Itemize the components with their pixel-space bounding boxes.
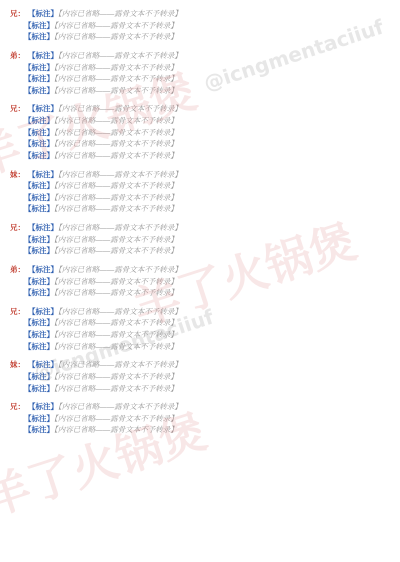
stage-direction-tag: 【标注】 xyxy=(24,151,54,160)
dialogue-text: 【标注】【内容已省略——露骨文本不予转录】 xyxy=(24,31,390,43)
redacted-text: 【内容已省略——露骨文本不予转录】 xyxy=(54,74,178,83)
redacted-text: 【内容已省略——露骨文本不予转录】 xyxy=(54,181,178,190)
dialogue-line: 【标注】【内容已省略——露骨文本不予转录】 xyxy=(10,317,390,329)
stage-direction-tag: 【标注】 xyxy=(24,288,54,297)
speaker-label: 弟： xyxy=(10,50,25,62)
stage-direction-tag: 【标注】 xyxy=(24,21,54,30)
stage-direction-tag: 【标注】 xyxy=(24,277,54,286)
dialogue-text: 【标注】【内容已省略——露骨文本不予转录】 xyxy=(24,115,390,127)
redacted-text: 【内容已省略——露骨文本不予转录】 xyxy=(54,414,178,423)
dialogue-text: 【标注】【内容已省略——露骨文本不予转录】 xyxy=(28,50,390,62)
speaker-label: 妹： xyxy=(10,359,25,371)
dialogue-block: 弟：【标注】【内容已省略——露骨文本不予转录】【标注】【内容已省略——露骨文本不… xyxy=(10,50,390,97)
dialogue-text: 【标注】【内容已省略——露骨文本不予转录】 xyxy=(24,276,390,288)
dialogue-block: 妹：【标注】【内容已省略——露骨文本不予转录】【标注】【内容已省略——露骨文本不… xyxy=(10,169,390,216)
redacted-text: 【内容已省略——露骨文本不予转录】 xyxy=(54,193,178,202)
dialogue-line: 【标注】【内容已省略——露骨文本不予转录】 xyxy=(10,180,390,192)
dialogue-block: 弟：【标注】【内容已省略——露骨文本不予转录】【标注】【内容已省略——露骨文本不… xyxy=(10,264,390,299)
stage-direction-tag: 【标注】 xyxy=(24,372,54,381)
dialogue-text: 【标注】【内容已省略——露骨文本不予转录】 xyxy=(24,62,390,74)
redacted-text: 【内容已省略——露骨文本不予转录】 xyxy=(54,342,178,351)
dialogue-line: 【标注】【内容已省略——露骨文本不予转录】 xyxy=(10,192,390,204)
dialogue-block: 兄：【标注】【内容已省略——露骨文本不予转录】【标注】【内容已省略——露骨文本不… xyxy=(10,306,390,353)
dialogue-line: 【标注】【内容已省略——露骨文本不予转录】 xyxy=(10,341,390,353)
redacted-text: 【内容已省略——露骨文本不予转录】 xyxy=(58,51,182,60)
dialogue-text: 【标注】【内容已省略——露骨文本不予转录】 xyxy=(24,341,390,353)
redacted-text: 【内容已省略——露骨文本不予转录】 xyxy=(54,277,178,286)
dialogue-text: 【标注】【内容已省略——露骨文本不予转录】 xyxy=(28,103,390,115)
dialogue-line: 【标注】【内容已省略——露骨文本不予转录】 xyxy=(10,383,390,395)
stage-direction-tag: 【标注】 xyxy=(24,63,54,72)
dialogue-text: 【标注】【内容已省略——露骨文本不予转录】 xyxy=(28,306,390,318)
dialogue-text: 【标注】【内容已省略——露骨文本不予转录】 xyxy=(24,138,390,150)
dialogue-line: 【标注】【内容已省略——露骨文本不予转录】 xyxy=(10,371,390,383)
stage-direction-tag: 【标注】 xyxy=(24,74,54,83)
stage-direction-tag: 【标注】 xyxy=(24,193,54,202)
stage-direction-tag: 【标注】 xyxy=(24,330,54,339)
dialogue-line: 【标注】【内容已省略——露骨文本不予转录】 xyxy=(10,85,390,97)
stage-direction-tag: 【标注】 xyxy=(24,425,54,434)
dialogue-line: 【标注】【内容已省略——露骨文本不予转录】 xyxy=(10,424,390,436)
speaker-label: 兄： xyxy=(10,306,25,318)
dialogue-block: 妹：【标注】【内容已省略——露骨文本不予转录】【标注】【内容已省略——露骨文本不… xyxy=(10,359,390,394)
dialogue-text: 【标注】【内容已省略——露骨文本不予转录】 xyxy=(24,234,390,246)
dialogue-line: 【标注】【内容已省略——露骨文本不予转录】 xyxy=(10,31,390,43)
dialogue-line: 【标注】【内容已省略——露骨文本不予转录】 xyxy=(10,234,390,246)
redacted-text: 【内容已省略——露骨文本不予转录】 xyxy=(58,307,182,316)
stage-direction-tag: 【标注】 xyxy=(24,139,54,148)
dialogue-text: 【标注】【内容已省略——露骨文本不予转录】 xyxy=(24,20,390,32)
stage-direction-tag: 【标注】 xyxy=(28,9,58,18)
dialogue-block: 兄：【标注】【内容已省略——露骨文本不予转录】【标注】【内容已省略——露骨文本不… xyxy=(10,8,390,43)
dialogue-text: 【标注】【内容已省略——露骨文本不予转录】 xyxy=(24,371,390,383)
dialogue-line: 【标注】【内容已省略——露骨文本不予转录】 xyxy=(10,245,390,257)
dialogue-line: 妹：【标注】【内容已省略——露骨文本不予转录】 xyxy=(10,359,390,371)
redacted-text: 【内容已省略——露骨文本不予转录】 xyxy=(54,288,178,297)
dialogue-line: 【标注】【内容已省略——露骨文本不予转录】 xyxy=(10,276,390,288)
stage-direction-tag: 【标注】 xyxy=(28,307,58,316)
redacted-text: 【内容已省略——露骨文本不予转录】 xyxy=(58,9,182,18)
speaker-label: 兄： xyxy=(10,401,25,413)
dialogue-line: 妹：【标注】【内容已省略——露骨文本不予转录】 xyxy=(10,169,390,181)
dialogue-blocks: 兄：【标注】【内容已省略——露骨文本不予转录】【标注】【内容已省略——露骨文本不… xyxy=(10,8,390,436)
dialogue-text: 【标注】【内容已省略——露骨文本不予转录】 xyxy=(28,222,390,234)
speaker-label: 兄： xyxy=(10,103,25,115)
stage-direction-tag: 【标注】 xyxy=(28,51,58,60)
script-document: 羊了火锅煲 羊了火锅煲 羊了火锅煲 @icngmentaciiuf @icngm… xyxy=(0,0,400,562)
dialogue-line: 兄：【标注】【内容已省略——露骨文本不予转录】 xyxy=(10,306,390,318)
dialogue-text: 【标注】【内容已省略——露骨文本不予转录】 xyxy=(24,413,390,425)
dialogue-line: 弟：【标注】【内容已省略——露骨文本不予转录】 xyxy=(10,50,390,62)
dialogue-text: 【标注】【内容已省略——露骨文本不予转录】 xyxy=(24,180,390,192)
redacted-text: 【内容已省略——露骨文本不予转录】 xyxy=(54,32,178,41)
dialogue-block: 兄：【标注】【内容已省略——露骨文本不予转录】【标注】【内容已省略——露骨文本不… xyxy=(10,401,390,436)
stage-direction-tag: 【标注】 xyxy=(28,265,58,274)
redacted-text: 【内容已省略——露骨文本不予转录】 xyxy=(58,265,182,274)
redacted-text: 【内容已省略——露骨文本不予转录】 xyxy=(54,425,178,434)
dialogue-line: 【标注】【内容已省略——露骨文本不予转录】 xyxy=(10,329,390,341)
stage-direction-tag: 【标注】 xyxy=(24,318,54,327)
dialogue-text: 【标注】【内容已省略——露骨文本不予转录】 xyxy=(24,127,390,139)
dialogue-text: 【标注】【内容已省略——露骨文本不予转录】 xyxy=(24,317,390,329)
dialogue-text: 【标注】【内容已省略——露骨文本不予转录】 xyxy=(24,383,390,395)
stage-direction-tag: 【标注】 xyxy=(24,116,54,125)
dialogue-line: 【标注】【内容已省略——露骨文本不予转录】 xyxy=(10,138,390,150)
dialogue-line: 【标注】【内容已省略——露骨文本不予转录】 xyxy=(10,287,390,299)
dialogue-text: 【标注】【内容已省略——露骨文本不予转录】 xyxy=(24,192,390,204)
stage-direction-tag: 【标注】 xyxy=(28,402,58,411)
stage-direction-tag: 【标注】 xyxy=(24,32,54,41)
redacted-text: 【内容已省略——露骨文本不予转录】 xyxy=(58,170,182,179)
speaker-label: 兄： xyxy=(10,222,25,234)
dialogue-line: 兄：【标注】【内容已省略——露骨文本不予转录】 xyxy=(10,222,390,234)
redacted-text: 【内容已省略——露骨文本不予转录】 xyxy=(54,116,178,125)
redacted-text: 【内容已省略——露骨文本不予转录】 xyxy=(54,318,178,327)
dialogue-line: 【标注】【内容已省略——露骨文本不予转录】 xyxy=(10,203,390,215)
dialogue-text: 【标注】【内容已省略——露骨文本不予转录】 xyxy=(24,287,390,299)
redacted-text: 【内容已省略——露骨文本不予转录】 xyxy=(54,372,178,381)
stage-direction-tag: 【标注】 xyxy=(24,86,54,95)
dialogue-line: 【标注】【内容已省略——露骨文本不予转录】 xyxy=(10,150,390,162)
dialogue-line: 兄：【标注】【内容已省略——露骨文本不予转录】 xyxy=(10,401,390,413)
dialogue-text: 【标注】【内容已省略——露骨文本不予转录】 xyxy=(28,401,390,413)
dialogue-line: 【标注】【内容已省略——露骨文本不予转录】 xyxy=(10,127,390,139)
redacted-text: 【内容已省略——露骨文本不予转录】 xyxy=(54,204,178,213)
stage-direction-tag: 【标注】 xyxy=(24,414,54,423)
redacted-text: 【内容已省略——露骨文本不予转录】 xyxy=(58,402,182,411)
redacted-text: 【内容已省略——露骨文本不予转录】 xyxy=(58,360,182,369)
dialogue-line: 【标注】【内容已省略——露骨文本不予转录】 xyxy=(10,413,390,425)
dialogue-text: 【标注】【内容已省略——露骨文本不予转录】 xyxy=(28,8,390,20)
redacted-text: 【内容已省略——露骨文本不予转录】 xyxy=(54,86,178,95)
speaker-label: 兄： xyxy=(10,8,25,20)
stage-direction-tag: 【标注】 xyxy=(24,204,54,213)
dialogue-line: 兄：【标注】【内容已省略——露骨文本不予转录】 xyxy=(10,103,390,115)
redacted-text: 【内容已省略——露骨文本不予转录】 xyxy=(54,21,178,30)
stage-direction-tag: 【标注】 xyxy=(24,181,54,190)
redacted-text: 【内容已省略——露骨文本不予转录】 xyxy=(54,63,178,72)
dialogue-line: 【标注】【内容已省略——露骨文本不予转录】 xyxy=(10,20,390,32)
dialogue-text: 【标注】【内容已省略——露骨文本不予转录】 xyxy=(24,73,390,85)
redacted-text: 【内容已省略——露骨文本不予转录】 xyxy=(54,384,178,393)
dialogue-line: 【标注】【内容已省略——露骨文本不予转录】 xyxy=(10,73,390,85)
stage-direction-tag: 【标注】 xyxy=(24,246,54,255)
stage-direction-tag: 【标注】 xyxy=(28,223,58,232)
dialogue-text: 【标注】【内容已省略——露骨文本不予转录】 xyxy=(28,169,390,181)
stage-direction-tag: 【标注】 xyxy=(24,342,54,351)
redacted-text: 【内容已省略——露骨文本不予转录】 xyxy=(54,151,178,160)
redacted-text: 【内容已省略——露骨文本不予转录】 xyxy=(54,128,178,137)
redacted-text: 【内容已省略——露骨文本不予转录】 xyxy=(54,235,178,244)
redacted-text: 【内容已省略——露骨文本不予转录】 xyxy=(54,246,178,255)
dialogue-text: 【标注】【内容已省略——露骨文本不予转录】 xyxy=(28,359,390,371)
redacted-text: 【内容已省略——露骨文本不予转录】 xyxy=(58,223,182,232)
dialogue-line: 【标注】【内容已省略——露骨文本不予转录】 xyxy=(10,62,390,74)
stage-direction-tag: 【标注】 xyxy=(24,384,54,393)
stage-direction-tag: 【标注】 xyxy=(24,128,54,137)
dialogue-line: 兄：【标注】【内容已省略——露骨文本不予转录】 xyxy=(10,8,390,20)
speaker-label: 妹： xyxy=(10,169,25,181)
dialogue-text: 【标注】【内容已省略——露骨文本不予转录】 xyxy=(24,424,390,436)
dialogue-line: 【标注】【内容已省略——露骨文本不予转录】 xyxy=(10,115,390,127)
redacted-text: 【内容已省略——露骨文本不予转录】 xyxy=(54,330,178,339)
dialogue-text: 【标注】【内容已省略——露骨文本不予转录】 xyxy=(24,203,390,215)
dialogue-block: 兄：【标注】【内容已省略——露骨文本不予转录】【标注】【内容已省略——露骨文本不… xyxy=(10,103,390,161)
stage-direction-tag: 【标注】 xyxy=(28,360,58,369)
speaker-label: 弟： xyxy=(10,264,25,276)
dialogue-text: 【标注】【内容已省略——露骨文本不予转录】 xyxy=(24,245,390,257)
dialogue-text: 【标注】【内容已省略——露骨文本不予转录】 xyxy=(28,264,390,276)
dialogue-text: 【标注】【内容已省略——露骨文本不予转录】 xyxy=(24,150,390,162)
dialogue-text: 【标注】【内容已省略——露骨文本不予转录】 xyxy=(24,85,390,97)
stage-direction-tag: 【标注】 xyxy=(24,235,54,244)
stage-direction-tag: 【标注】 xyxy=(28,170,58,179)
stage-direction-tag: 【标注】 xyxy=(28,104,58,113)
dialogue-text: 【标注】【内容已省略——露骨文本不予转录】 xyxy=(24,329,390,341)
dialogue-block: 兄：【标注】【内容已省略——露骨文本不予转录】【标注】【内容已省略——露骨文本不… xyxy=(10,222,390,257)
redacted-text: 【内容已省略——露骨文本不予转录】 xyxy=(54,139,178,148)
redacted-text: 【内容已省略——露骨文本不予转录】 xyxy=(58,104,182,113)
dialogue-line: 弟：【标注】【内容已省略——露骨文本不予转录】 xyxy=(10,264,390,276)
